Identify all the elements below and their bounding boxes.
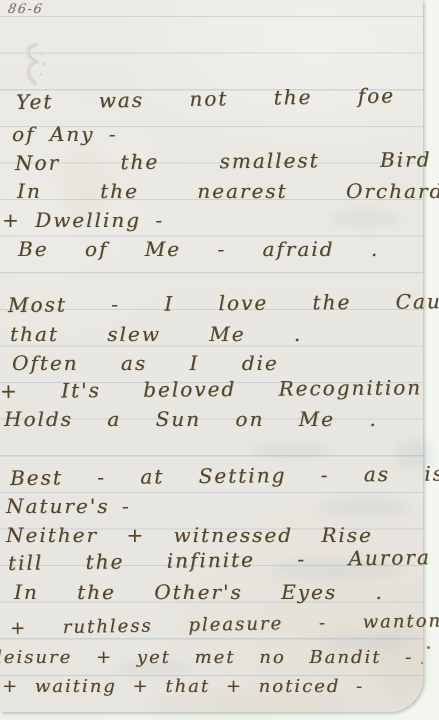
poem-line: Most - I love the Cause (8, 289, 439, 317)
poem-line: Often as I die (12, 351, 279, 375)
ink-showthrough (330, 210, 400, 226)
poem-line: Neither + witnessed Rise (6, 523, 373, 547)
poem-line: Nor the smallest Bird (15, 147, 432, 175)
poem-line: Holds a Sun on Me . (4, 407, 378, 431)
archive-number: 86-6 (7, 2, 44, 17)
ink-speck (427, 646, 430, 649)
poem-line: In the nearest Orchard (17, 179, 439, 203)
poem-line: + Dwelling - (2, 208, 164, 232)
ink-showthrough (250, 443, 330, 457)
variant-note-line: + waiting + that + noticed - (2, 676, 364, 697)
manuscript-paper: 86-6 Yet was not the foe - of Any - Nor … (0, 0, 423, 712)
variant-note-line: leisure + yet met no Bandit - (0, 647, 413, 668)
poem-line: Best - at Setting - as is (10, 461, 439, 490)
poem-line: In the Other's Eyes . (14, 580, 384, 604)
poem-line: Nature's - (6, 494, 131, 518)
ink-showthrough (320, 498, 410, 516)
poem-line: + It's beloved Recognition (0, 375, 422, 403)
manuscript-scan: 86-6 Yet was not the foe - of Any - Nor … (0, 0, 439, 720)
ink-speck (421, 662, 423, 664)
poem-line: Be of Me - afraid . (18, 237, 379, 261)
embossed-seal-icon (12, 40, 52, 92)
poem-line: of Any - (12, 122, 118, 146)
paper-stain (150, 694, 350, 714)
poem-line: that slew Me . (10, 322, 302, 346)
